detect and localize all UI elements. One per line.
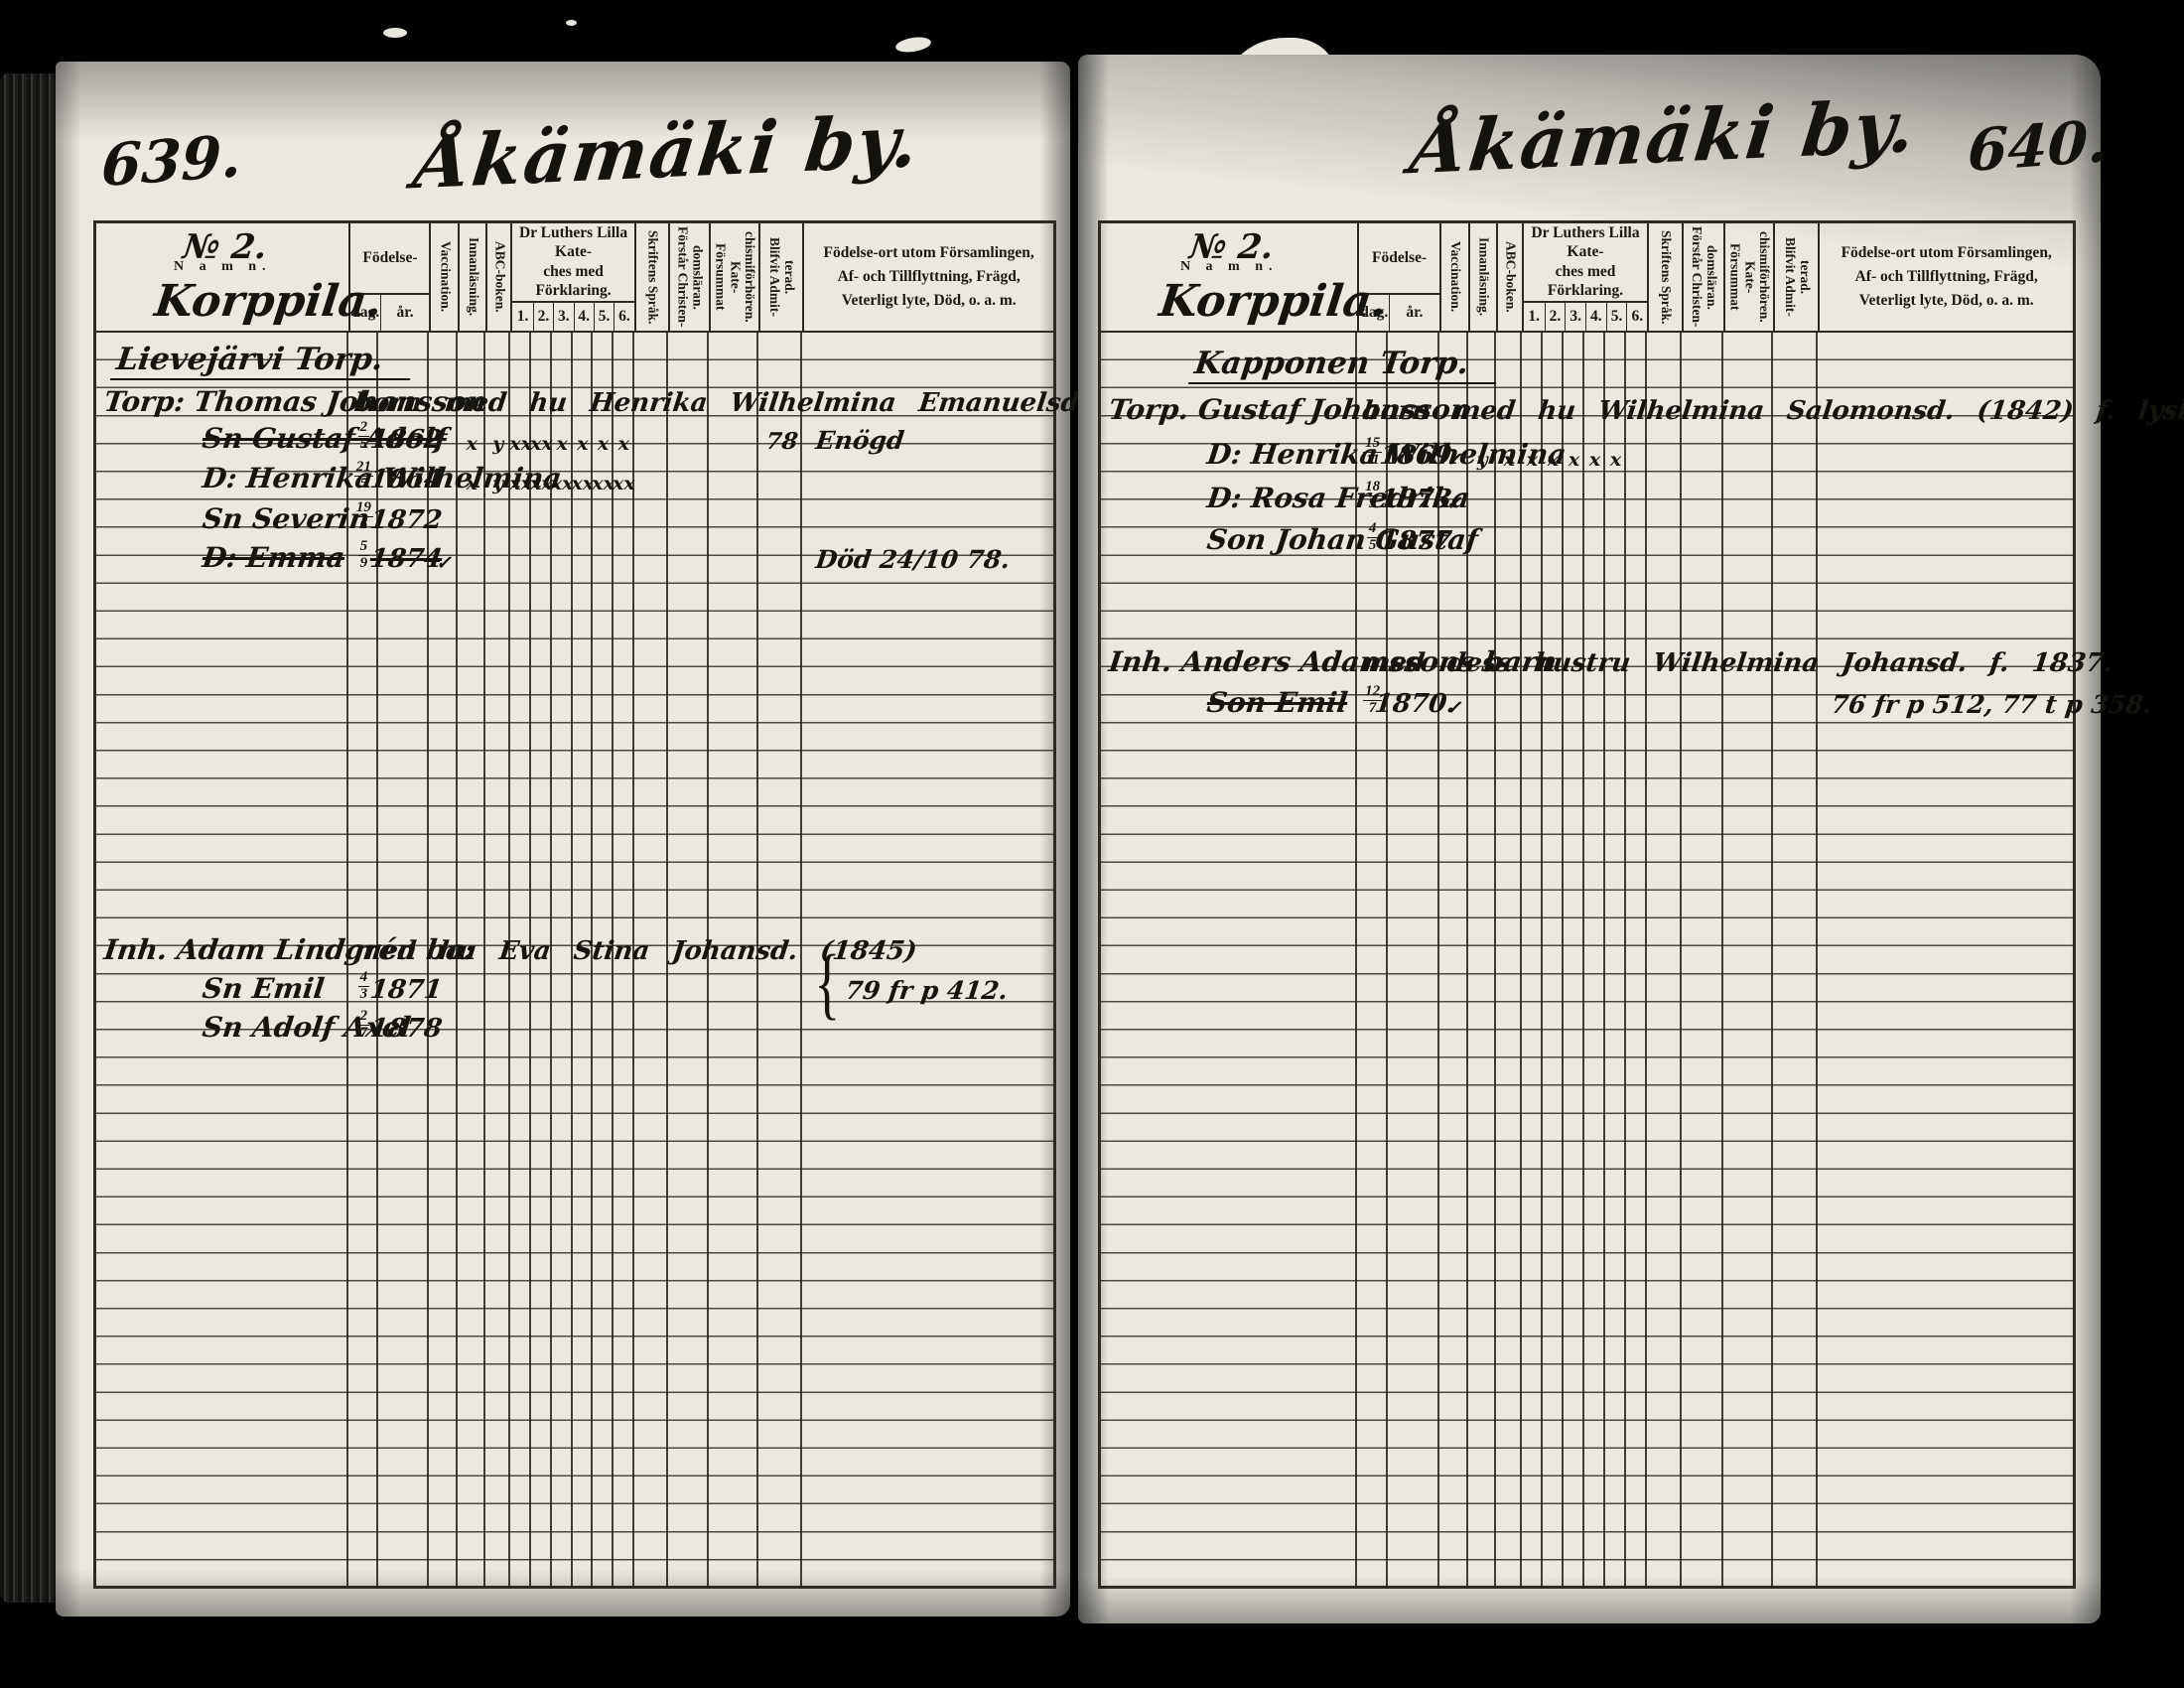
column-grid xyxy=(1101,333,2073,1589)
household-number: № 2. xyxy=(181,227,269,267)
exam-mark: ✓ xyxy=(436,552,452,574)
exam-mark: x xyxy=(577,433,588,455)
record-entry-row: Son Johan Gustaf451877 xyxy=(1101,514,2073,556)
person-name: Sn Adolf Axel xyxy=(201,1011,413,1044)
exam-mark: xx xyxy=(551,473,574,494)
column-header-kateches-3: 3. xyxy=(1565,303,1585,332)
column-header-abc-boken: ABC-boken. xyxy=(1496,223,1521,331)
column-header-kateches-4: 4. xyxy=(574,303,594,332)
household-name: Korppila. xyxy=(152,276,385,327)
person-name: Sn Gustaf Adolf xyxy=(201,422,449,455)
table-header: № 2.N a m n.Korppila.Födelse-dag.år.Vacc… xyxy=(96,223,1053,333)
record-entry-row: D: Henrika Wilhelmina15111869✓yxxxxxx xyxy=(1101,429,2073,471)
column-header-kateches-6: 6. xyxy=(614,303,633,332)
birth-day-fraction: 196 xyxy=(354,500,373,532)
birth-year: 1878 xyxy=(368,1014,444,1044)
exam-mark: xx xyxy=(509,433,532,455)
exam-mark: x xyxy=(1503,449,1514,471)
record-table-left: № 2.N a m n.Korppila.Födelse-dag.år.Vacc… xyxy=(93,220,1056,1589)
table-body: Kapponen Torp.Torp. Gustaf Johanssonborn… xyxy=(1101,333,2073,1589)
head-of-family-name: Torp: Thomas Johansson xyxy=(102,385,488,418)
person-name: Son Johan Gustaf xyxy=(1205,523,1480,556)
left-page: 639. Åkämäki by. № 2.N a m n.Korppila.Fö… xyxy=(56,62,1070,1617)
record-entry-row: Sn Emil431871{79 fr p 412. xyxy=(96,963,1053,1005)
head-of-family-name: Inh. Adam Lindgrén ba: xyxy=(102,933,477,966)
note-text: Död 24/10 78. xyxy=(814,545,1012,574)
column-header-kateches-1: 1. xyxy=(512,303,532,332)
birth-day-fraction: 215 xyxy=(354,460,373,492)
column-header-forsummat-katechismiforhoren: Försummat Kate- chismiförhören. xyxy=(709,223,758,331)
book-binding-edge xyxy=(0,73,62,1603)
record-entry-row: Sn Severin1961872 xyxy=(96,493,1053,535)
paper-speck xyxy=(566,20,577,26)
exam-mark: x xyxy=(1589,449,1600,471)
scanned-book-photo: 639. Åkämäki by. № 2.N a m n.Korppila.Fö… xyxy=(0,0,2184,1688)
birth-year: 1870. xyxy=(1373,689,1457,719)
note-brace: { xyxy=(814,951,840,1016)
column-header-forstar-christendomslaran: Förstår Christen- domsläran. xyxy=(1682,223,1722,331)
household-name: Korppila. xyxy=(1157,276,1390,327)
paper-speck xyxy=(894,35,932,54)
table-body: Lievejärvi Torp.Torp: Thomas Johanssonbo… xyxy=(96,333,1053,1589)
column-header-vaccination: Vaccination. xyxy=(1439,223,1468,331)
household-number: № 2. xyxy=(1187,227,1276,267)
exam-mark: x xyxy=(598,433,609,455)
column-header-kateches-2: 2. xyxy=(1545,303,1566,332)
section-heading-row: Lievejärvi Torp. xyxy=(96,339,1053,380)
exam-mark: x xyxy=(1569,449,1579,471)
record-entry-row: Torp: Thomas Johanssonborn med hu Henrik… xyxy=(96,376,1053,418)
exam-mark: xx xyxy=(530,473,553,494)
column-header-skriftens-sprak: Skriftens Språk. xyxy=(634,223,669,331)
birth-year: 1873 xyxy=(1378,485,1453,514)
note-text: Enögd xyxy=(814,426,905,455)
column-header-kateches-5: 5. xyxy=(1606,303,1627,332)
head-of-family-continuation: med dess hustru Wilhelmina Johansd. f. 1… xyxy=(1357,648,2115,678)
birth-day-fraction: 189 xyxy=(1363,480,1382,511)
birth-day-fraction: 43 xyxy=(358,970,370,1002)
person-name: D: Henrika Wilhelmina xyxy=(1205,438,1569,471)
birth-day-fraction: 27 xyxy=(358,1009,370,1041)
exam-mark: xx xyxy=(613,473,635,494)
column-header-ar: år. xyxy=(1389,295,1439,331)
record-entry-row: D: Henrika Wilhelmina2151864xyxxxxxxxxxx… xyxy=(96,453,1053,494)
birth-year: 1862 xyxy=(368,425,444,455)
column-header-kateches: Dr Luthers Lilla Kate- ches med Förklari… xyxy=(1522,223,1647,331)
exam-mark: ✓ xyxy=(1445,492,1461,514)
birth-year: 1877 xyxy=(1378,526,1453,556)
birth-year: 1872 xyxy=(368,505,444,535)
exam-mark: x xyxy=(467,433,478,455)
column-header-notes: Födelse-ort utom Församlingen, Af- och T… xyxy=(802,223,1053,331)
column-header-notes: Födelse-ort utom Församlingen, Af- och T… xyxy=(1818,223,2072,331)
exam-mark: x xyxy=(556,433,567,455)
birth-year: 1864 xyxy=(368,465,444,494)
birth-year: 1869 xyxy=(1378,441,1453,471)
exam-mark: x xyxy=(1548,449,1559,471)
exam-mark: x xyxy=(1527,449,1538,471)
note-text: 79 fr p 412. xyxy=(844,976,1010,1005)
head-of-family-continuation: born med hu Wilhelmina Salomonsd. (1842)… xyxy=(1357,396,2184,426)
exam-mark: y xyxy=(492,433,503,455)
head-of-family-name: Torp. Gustaf Johansson xyxy=(1107,393,1472,426)
person-name: D: Emma xyxy=(201,541,346,574)
exam-mark: xx xyxy=(509,473,532,494)
record-table-right: № 2.N a m n.Korppila.Födelse-dag.år.Vacc… xyxy=(1098,220,2076,1589)
exam-mark: x xyxy=(618,433,629,455)
column-header-abc-boken: ABC-boken. xyxy=(485,223,510,331)
column-header-kateches-2: 2. xyxy=(533,303,553,332)
column-header-forsummat-katechismiforhoren: Försummat Kate- chismiförhören. xyxy=(1723,223,1774,331)
column-header-blifvit-admitterad: Blifvit Admit- terad. xyxy=(758,223,802,331)
exam-mark: ✓ xyxy=(1445,449,1461,471)
exam-mark: x xyxy=(1610,449,1621,471)
record-entry-row: Son Emil1271870.✓76 fr p 512, 77 t p 358… xyxy=(1101,677,2073,719)
birth-year: 1871 xyxy=(368,975,444,1005)
person-name: Sn Emil xyxy=(201,972,327,1005)
record-entry-row: Sn Gustaf Adolf251862xyxxxxxxxx78Enögd xyxy=(96,413,1053,455)
column-header-forstar-christendomslaran: Förstår Christen- domsläran. xyxy=(668,223,708,331)
column-grid xyxy=(96,333,1053,1589)
column-header-kateches-1: 1. xyxy=(1524,303,1545,332)
column-header-namn: № 2.N a m n.Korppila. xyxy=(1101,223,1357,331)
column-header-kateches-3: 3. xyxy=(553,303,573,332)
exam-mark: xx xyxy=(572,473,595,494)
birth-day-fraction: 45 xyxy=(1367,521,1379,553)
exam-mark: xx xyxy=(592,473,614,494)
admitted-year: 78 xyxy=(764,428,799,455)
paper-speck xyxy=(383,28,407,38)
page-number-left: 639. xyxy=(100,122,242,200)
right-page: 640. Åkämäki by. № 2.N a m n.Korppila.Fö… xyxy=(1078,55,2101,1623)
page-number-right: 640. xyxy=(1967,107,2109,185)
person-name: Son Emil xyxy=(1205,686,1349,719)
note-text: 76 fr p 512, 77 t p 358. xyxy=(1830,690,2153,719)
exam-mark: x xyxy=(467,473,478,494)
exam-mark: y xyxy=(492,473,503,494)
column-header-vaccination: Vaccination. xyxy=(429,223,458,331)
section-heading-row: Kapponen Torp. xyxy=(1101,343,2073,384)
column-header-kateches-4: 4. xyxy=(1585,303,1606,332)
page-title-left: Åkämäki by. xyxy=(410,98,924,206)
column-header-ar: år. xyxy=(380,295,430,331)
column-header-kateches-5: 5. xyxy=(594,303,614,332)
column-header-innanlasning: Innanläsning. xyxy=(1468,223,1496,331)
birth-year: 1874 xyxy=(368,544,444,574)
person-name: Sn Severin xyxy=(201,502,371,535)
birth-day-fraction: 1511 xyxy=(1363,436,1382,468)
page-title-right: Åkämäki by. xyxy=(1407,83,1921,191)
record-entry-row: Sn Adolf Axel271878 xyxy=(96,1002,1053,1044)
record-entry-row: Inh. Anders Adamssons barnmed dess hustr… xyxy=(1101,636,2073,678)
birth-day-fraction: 25 xyxy=(358,420,370,452)
column-header-innanlasning: Innanläsning. xyxy=(458,223,485,331)
birth-day-fraction: 127 xyxy=(1363,684,1382,716)
person-name: D: Henrika Wilhelmina xyxy=(201,462,564,494)
column-header-skriftens-sprak: Skriftens Språk. xyxy=(1647,223,1682,331)
exam-mark: ✓ xyxy=(1445,697,1461,719)
exam-mark: y xyxy=(1477,449,1488,471)
birth-day-fraction: 59 xyxy=(358,539,370,571)
table-header: № 2.N a m n.Korppila.Födelse-dag.år.Vacc… xyxy=(1101,223,2073,333)
section-heading-text: Kapponen Torp. xyxy=(1188,346,1500,384)
record-entry-row: Inh. Adam Lindgrén ba:med hu Eva Stina J… xyxy=(96,924,1053,966)
column-header-namn: № 2.N a m n.Korppila. xyxy=(96,223,348,331)
record-entry-row: D: Rosa Fredrika1891873✓ xyxy=(1101,473,2073,514)
head-of-family-name: Inh. Anders Adamssons barn xyxy=(1107,645,1559,678)
column-header-blifvit-admitterad: Blifvit Admit- terad. xyxy=(1773,223,1818,331)
head-of-family-continuation: med hu Eva Stina Johansd. (1845) xyxy=(348,936,918,966)
column-header-kateches: Dr Luthers Lilla Kate- ches med Förklari… xyxy=(510,223,633,331)
section-heading-text: Lievejärvi Torp. xyxy=(110,342,415,380)
record-entry-row: D: Emma591874✓Död 24/10 78. xyxy=(96,532,1053,574)
column-header-kateches-6: 6. xyxy=(1626,303,1647,332)
exam-mark: xx xyxy=(530,433,553,455)
record-entry-row: Torp. Gustaf Johanssonborn med hu Wilhel… xyxy=(1101,384,2073,426)
person-name: D: Rosa Fredrika xyxy=(1205,482,1471,514)
